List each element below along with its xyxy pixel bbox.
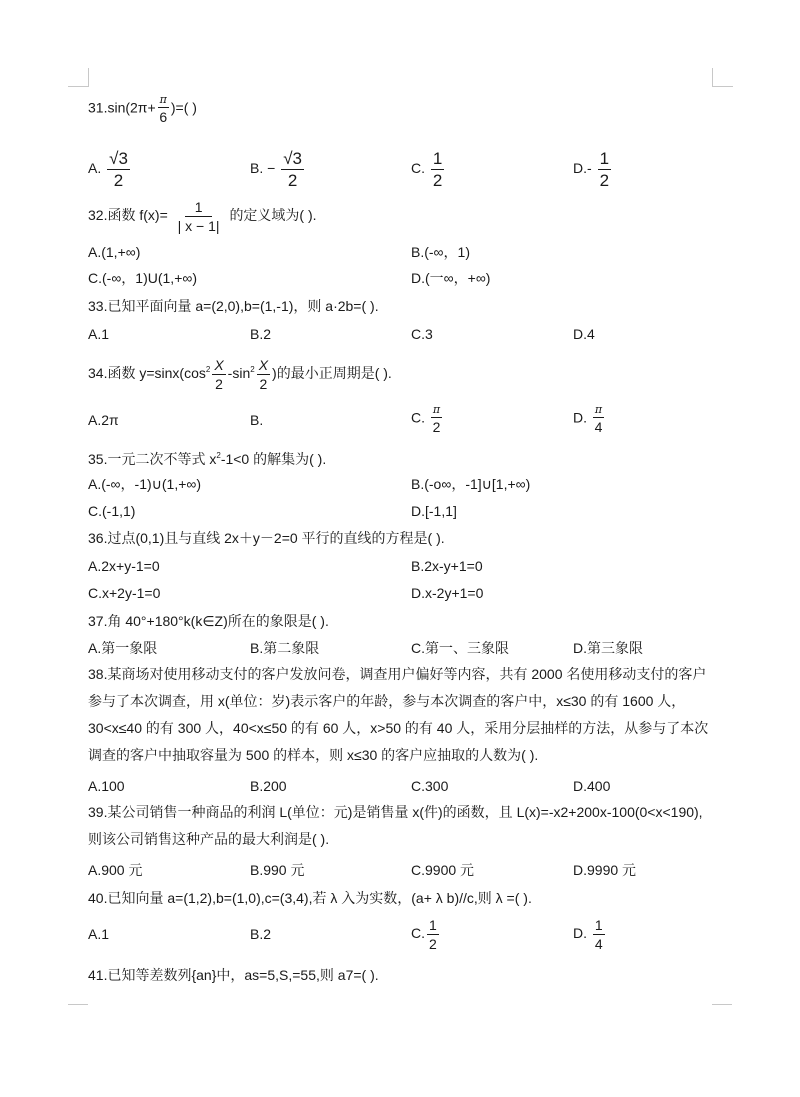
question-39-options: A.900 元 B.990 元 C.9900 元 D.9990 元 [88,860,728,882]
stem-text: 32.函数 f(x)= [88,207,168,223]
option-d: D.(一∞，+∞) [411,268,490,288]
question-38-stem: 38.某商场对使用移动支付的客户发放问卷，调查用户偏好等内容，共有 2000 名… [88,661,728,769]
option-d: D.[-1,1] [411,501,457,521]
option-c: C.12 [411,918,441,951]
stem-text: 的定义域为( ). [229,207,316,223]
option-a: A.900 元 [88,860,142,880]
question-41-stem: 41.已知等差数列{an}中，as=5,S,=55,则 a7=( ). [88,965,379,985]
option-a: A.1 [88,924,109,944]
question-37-options: A.第一象限 B.第二象限 C.第一、三象限 D.第三象限 [88,638,728,660]
option-c: C.(-∞，1)U(1,+∞) [88,268,197,288]
question-35-options-row2: C.(-1,1) D.[-1,1] [88,501,728,523]
option-a: A.(1,+∞) [88,242,140,262]
fraction: 14 [593,918,605,951]
option-b: B.2 [250,324,271,344]
option-d: D.9990 元 [573,860,636,880]
sign: − [267,160,275,176]
option-c: C.3 [411,324,433,344]
option-label: C. [411,410,425,426]
fraction: √32 [281,150,304,189]
option-b: B. [250,410,263,430]
numerator: 1 [593,918,605,935]
question-33-stem: 33.已知平面向量 a=(2,0),b=(1,-1)，则 a·2b=( ). [88,296,379,316]
option-c: C.第一、三象限 [411,638,509,658]
numerator: 1 [431,150,444,170]
stem-text: )=( ) [171,100,197,116]
question-40-stem: 40.已知向量 a=(1,2),b=(1,0),c=(3,4),若 λ 入为实数… [88,888,532,908]
stem-text: -1<0 的解集为( ). [221,451,326,467]
numerator: X [212,358,225,375]
stem-text: 35.一元二次不等式 x [88,451,216,467]
fraction: π2 [431,404,442,434]
fraction: 12 [427,918,439,951]
option-label: C. [411,160,425,176]
denominator: 2 [600,170,609,189]
denominator: 4 [595,935,603,951]
numerator: X [257,358,270,375]
numerator: π [431,404,442,418]
option-d: D. 14 [573,918,607,951]
denominator: 2 [433,170,442,189]
question-35-options-row1: A.(-∞，-1)∪(1,+∞) B.(-o∞，-1]∪[1,+∞) [88,474,728,496]
question-32-options-row2: C.(-∞，1)U(1,+∞) D.(一∞，+∞) [88,268,728,290]
question-40-options: A.1 B.2 C.12 D. 14 [88,924,728,946]
denominator: 6 [159,108,167,124]
option-b: B.990 元 [250,860,304,880]
numerator: 1 [427,918,439,935]
stem-line: 则该公司销售这种产品的最大利润是( ). [88,826,728,853]
option-b: B.(-o∞，-1]∪[1,+∞) [411,474,530,494]
option-c: C.9900 元 [411,860,474,880]
option-a: A.2x+y-1=0 [88,556,160,576]
option-label: A. [88,160,101,176]
option-d: D.4 [573,324,595,344]
denominator: | x − 1| [178,217,220,233]
denominator: 2 [433,418,441,434]
question-34-options: A.2π B. C. π2 D. π4 [88,410,728,432]
option-b: B.第二象限 [250,638,319,658]
option-d: D.- 12 [573,150,613,189]
question-36-stem: 36.过点(0,1)且与直线 2x＋y－2=0 平行的直线的方程是( ). [88,528,445,548]
option-a: A.1 [88,324,109,344]
option-b: B.2x-y+1=0 [411,556,483,576]
question-31-stem: 31.sin(2π+π6)=( ) [88,94,197,124]
option-label: B. [250,160,263,176]
fraction: √32 [107,150,130,189]
option-c: C.(-1,1) [88,501,135,521]
superscript: 2 [206,365,210,374]
question-39-stem: 39.某公司销售一种商品的利润 L(单位：元)是销售量 x(件)的函数，且 L(… [88,799,728,853]
option-c: C. π2 [411,404,444,434]
option-b: B. − √32 [250,150,306,189]
option-label: C. [411,925,425,941]
option-a: A.(-∞，-1)∪(1,+∞) [88,474,201,494]
question-38-options: A.100 B.200 C.300 D.400 [88,776,728,798]
numerator: π [158,94,169,108]
denominator: 4 [595,418,603,434]
fraction: 1| x − 1| [178,200,220,233]
fraction: 12 [431,150,444,189]
numerator: √3 [107,150,130,170]
option-label: D. [573,410,587,426]
question-33-options: A.1 B.2 C.3 D.4 [88,324,728,346]
numerator: 1 [598,150,611,170]
option-b: B.(-∞，1) [411,242,470,262]
option-c: C. 12 [411,150,446,189]
stem-text: 31.sin(2π+ [88,100,156,116]
stem-line: 30<x≤40 的有 300 人，40<x≤50 的有 60 人，x>50 的有… [88,715,728,742]
denominator: 2 [288,170,297,189]
stem-line: 38.某商场对使用移动支付的客户发放问卷，调查用户偏好等内容，共有 2000 名… [88,661,728,688]
stem-line: 参与了本次调查，用 x(单位：岁)表示客户的年龄，参与本次调查的客户中，x≤30… [88,688,728,715]
option-c: C.300 [411,776,448,796]
stem-line: 39.某公司销售一种商品的利润 L(单位：元)是销售量 x(件)的函数，且 L(… [88,799,728,826]
crop-mark-top-right [712,68,733,87]
option-b: B.2 [250,924,271,944]
denominator: 2 [114,170,123,189]
numerator: π [593,404,604,418]
numerator: √3 [281,150,304,170]
question-35-stem: 35.一元二次不等式 x2-1<0 的解集为( ). [88,446,326,469]
stem-text: -sin [228,365,251,381]
question-32-options-row1: A.(1,+∞) B.(-∞，1) [88,242,728,264]
option-label: D.- [573,160,592,176]
option-d: D.x-2y+1=0 [411,583,483,603]
denominator: 2 [429,935,437,951]
option-d: D.400 [573,776,610,796]
question-36-options-row1: A.2x+y-1=0 B.2x-y+1=0 [88,556,728,578]
stem-text: )的最小正周期是( ). [272,365,392,381]
question-36-options-row2: C.x+2y-1=0 D.x-2y+1=0 [88,583,728,605]
denominator: 2 [215,375,223,391]
fraction: X2 [257,358,270,391]
crop-mark-top-left [68,68,89,87]
question-34-stem: 34.函数 y=sinx(cos2X2-sin2X2)的最小正周期是( ). [88,358,392,391]
fraction: X2 [212,358,225,391]
superscript: 2 [250,365,254,374]
option-b: B.200 [250,776,287,796]
question-31-options: A. √32 B. − √32 C. 12 D.- 12 [88,150,728,172]
crop-mark-bottom-left [68,1004,88,1005]
fraction: π4 [593,404,604,434]
stem-line: 调查的客户中抽取容量为 500 的样本，则 x≤30 的客户应抽取的人数为( )… [88,742,728,769]
denominator: 2 [259,375,267,391]
numerator: 1 [185,200,213,217]
option-c: C.x+2y-1=0 [88,583,160,603]
option-d: D. π4 [573,404,606,434]
fraction: 12 [598,150,611,189]
option-label: D. [573,925,587,941]
question-32-stem: 32.函数 f(x)= 1| x − 1| 的定义域为( ). [88,200,317,233]
option-a: A.第一象限 [88,638,157,658]
stem-text: 34.函数 y=sinx(cos [88,365,206,381]
option-a: A. √32 [88,150,132,189]
crop-mark-bottom-right [712,1004,732,1005]
option-a: A.100 [88,776,125,796]
option-a: A.2π [88,410,119,430]
question-37-stem: 37.角 40°+180°k(k∈Z)所在的象限是( ). [88,611,329,631]
fraction: π6 [158,94,169,124]
option-d: D.第三象限 [573,638,643,658]
